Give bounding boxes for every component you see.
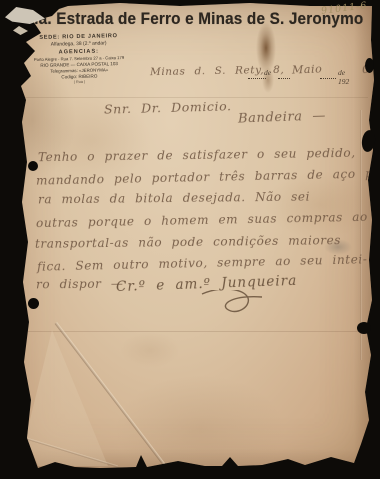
signature-flourish	[196, 290, 270, 322]
salutation-name: Snr. Dr. Domicio.	[104, 98, 232, 116]
scanned-letter: Cia. Estrada de Ferro e Minas de S. Jero…	[0, 0, 380, 479]
handwritten-month: Maio	[292, 62, 323, 76]
printed-year-prefix: de 192	[338, 68, 349, 86]
torn-corner-fragment	[13, 26, 28, 35]
body-line: mandando pelo portador três barras de aç…	[36, 166, 380, 187]
letterhead-details: SEDE: RIO DE JANEIRO Alfandega, 38 (2.º …	[19, 33, 138, 86]
letter-paper: Cia. Estrada de Ferro e Minas de S. Jero…	[0, 0, 380, 479]
company-name: Cia. Estrada de Ferro e Minas de S. Jero…	[23, 9, 363, 29]
punch-hole	[28, 161, 38, 171]
body-line: ra molas da bitola desejada. Não sei	[38, 190, 310, 207]
dotted-rule	[278, 78, 290, 79]
body-line: Tenho o prazer de satisfazer o seu pedid…	[38, 146, 356, 164]
edge-damage	[365, 58, 374, 73]
edge-damage	[357, 322, 371, 334]
punch-hole	[28, 298, 39, 309]
fold-crease	[55, 322, 169, 470]
dotted-rule	[320, 78, 336, 79]
paper-crease	[24, 97, 368, 98]
paper-crease	[24, 331, 364, 332]
fold-crease	[27, 438, 117, 467]
printed-de: de	[264, 68, 271, 77]
body-line: transportal-as não pode condições maiore…	[35, 233, 341, 251]
body-line: ro dispor —	[36, 277, 124, 292]
body-line: outras porque o homem em suas compras ao	[36, 210, 368, 230]
dotted-rule	[248, 78, 266, 79]
salutation-surname: Bandeira —	[238, 108, 326, 126]
body-line: fica. Sem outro motivo, sempre ao seu in…	[37, 252, 368, 273]
